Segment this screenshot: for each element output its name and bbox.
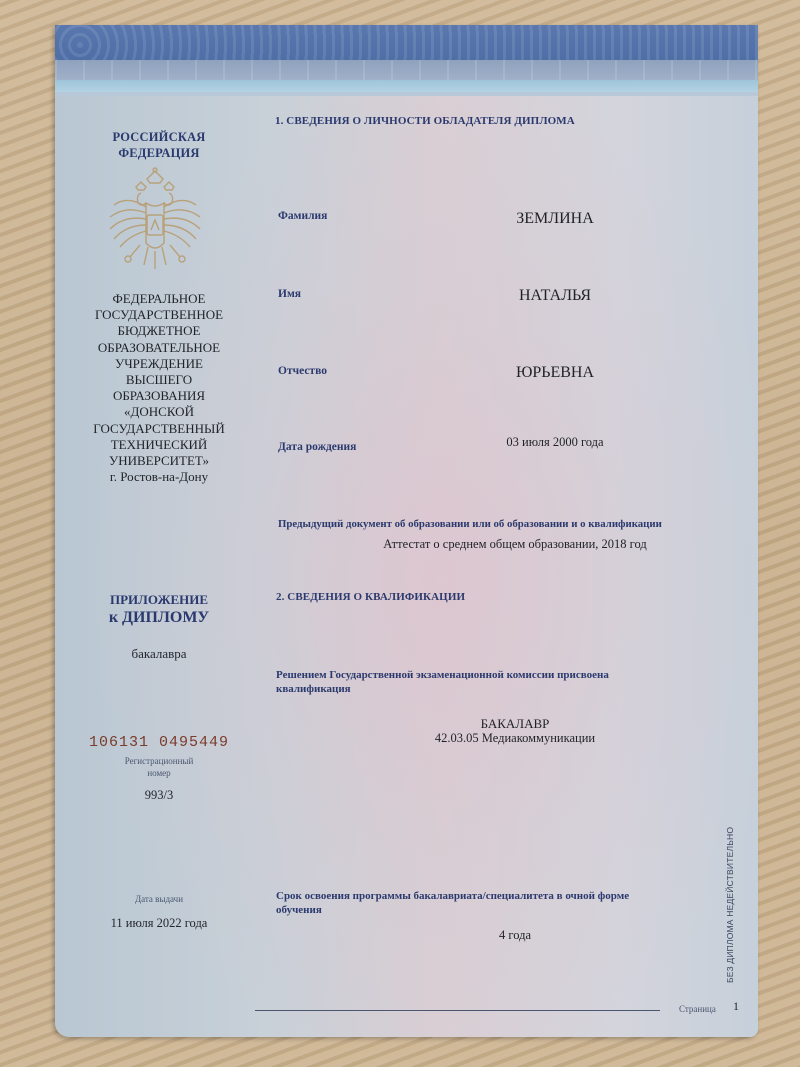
country-name: РОССИЙСКАЯ ФЕДЕРАЦИЯ: [55, 129, 263, 161]
country-line-2: ФЕДЕРАЦИЯ: [55, 145, 263, 161]
previous-document-label: Предыдущий документ об образовании или о…: [278, 517, 662, 531]
page-label: Страница: [679, 1003, 716, 1015]
page-number: 1: [733, 999, 739, 1014]
qualification-label-line-1: Решением Государственной экзаменационной…: [276, 668, 609, 682]
previous-document-value: Аттестат о среднем общем образовании, 20…: [275, 537, 755, 552]
institution-line: «ДОНСКОЙ: [55, 404, 263, 420]
institution-line: ВЫСШЕГО: [55, 372, 263, 388]
birth-date-value: 03 июля 2000 года: [435, 435, 675, 450]
first-name-value: НАТАЛЬЯ: [435, 287, 675, 305]
birth-date-label: Дата рождения: [278, 441, 356, 453]
patronymic-value: ЮРЬЕВНА: [435, 364, 675, 382]
duration-label-line-2: обучения: [276, 903, 629, 917]
duration-value: 4 года: [275, 928, 755, 943]
vertical-note: БЕЗ ДИПЛОМА НЕДЕЙСТВИТЕЛЬНО: [725, 785, 741, 985]
supplement-title-line-1: ПРИЛОЖЕНИЕ: [55, 592, 263, 608]
program-value: 42.03.05 Медиакоммуникации: [275, 731, 755, 746]
institution-name: ФЕДЕРАЛЬНОЕ ГОСУДАРСТВЕННОЕ БЮДЖЕТНОЕ ОБ…: [55, 291, 263, 485]
coat-of-arms-icon: [100, 165, 210, 280]
country-line-1: РОССИЙСКАЯ: [55, 129, 263, 145]
institution-city: г. Ростов-на-Дону: [55, 469, 263, 485]
vertical-note-text: БЕЗ ДИПЛОМА НЕДЕЙСТВИТЕЛЬНО: [725, 827, 735, 983]
security-band-middle: [55, 60, 758, 80]
footer-divider: [255, 1010, 660, 1011]
serial-number: 106131 0495449: [55, 734, 263, 751]
institution-line: БЮДЖЕТНОЕ: [55, 323, 263, 339]
supplement-title-line-2: к ДИПЛОМУ: [55, 609, 263, 627]
registration-number: 993/3: [55, 788, 263, 803]
institution-line: ГОСУДАРСТВЕННЫЙ: [55, 421, 263, 437]
institution-line: ТЕХНИЧЕСКИЙ: [55, 437, 263, 453]
section-1-heading: 1. СВЕДЕНИЯ О ЛИЧНОСТИ ОБЛАДАТЕЛЯ ДИПЛОМ…: [275, 115, 575, 127]
duration-label-line-1: Срок освоения программы бакалавриата/спе…: [276, 889, 629, 903]
qualification-label: Решением Государственной экзаменационной…: [276, 668, 609, 696]
institution-line: ОБРАЗОВАТЕЛЬНОЕ: [55, 340, 263, 356]
degree-type: бакалавра: [55, 646, 263, 662]
diploma-supplement-page: РОССИЙСКАЯ ФЕДЕРАЦИЯ: [55, 25, 758, 1037]
registration-label: Регистрационный номер: [55, 755, 263, 779]
first-name-label: Имя: [278, 288, 301, 300]
institution-line: УЧРЕЖДЕНИЕ: [55, 356, 263, 372]
security-band-thin: [55, 92, 758, 96]
security-band-light: [55, 80, 758, 92]
registration-label-line-1: Регистрационный: [55, 755, 263, 767]
surname-label: Фамилия: [278, 210, 327, 222]
institution-line: ГОСУДАРСТВЕННОЕ: [55, 307, 263, 323]
registration-label-line-2: номер: [55, 767, 263, 779]
surname-value: ЗЕМЛИНА: [435, 210, 675, 228]
patronymic-label: Отчество: [278, 365, 327, 377]
qualification-value: БАКАЛАВР: [275, 716, 755, 732]
issue-date: 11 июля 2022 года: [55, 916, 263, 931]
institution-line: УНИВЕРСИТЕТ»: [55, 453, 263, 469]
institution-line: ФЕДЕРАЛЬНОЕ: [55, 291, 263, 307]
duration-label: Срок освоения программы бакалавриата/спе…: [276, 889, 629, 917]
section-2-heading: 2. СВЕДЕНИЯ О КВАЛИФИКАЦИИ: [276, 591, 465, 603]
qualification-label-line-2: квалификация: [276, 682, 609, 696]
issue-date-label: Дата выдачи: [55, 893, 263, 905]
institution-line: ОБРАЗОВАНИЯ: [55, 388, 263, 404]
security-band-top: [55, 25, 758, 60]
